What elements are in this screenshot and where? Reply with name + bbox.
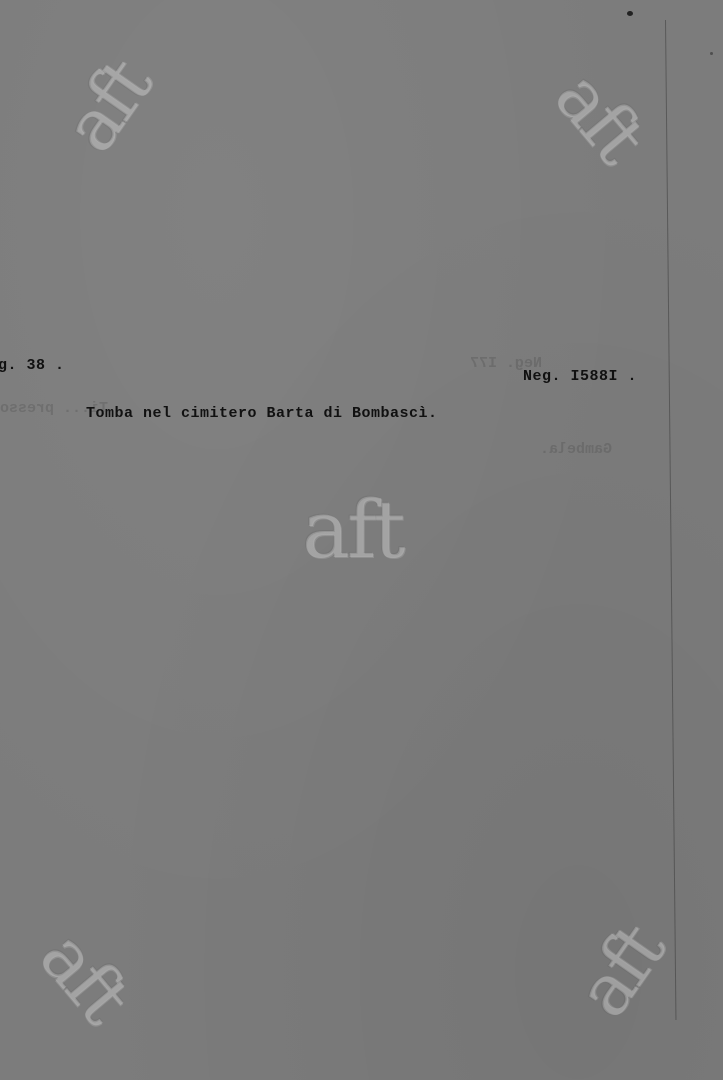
watermark-logo: aft bbox=[52, 49, 162, 164]
ink-speck bbox=[627, 11, 633, 16]
watermark-logo: aft bbox=[302, 490, 402, 570]
watermark-logo: aft bbox=[543, 59, 656, 174]
watermark-logo: aft bbox=[28, 919, 141, 1034]
watermark-logo: aft bbox=[565, 914, 675, 1029]
bleed-through-text: Gambela. bbox=[540, 441, 612, 458]
photo-caption: Tomba nel cimitero Barta di Bombascì. bbox=[86, 405, 438, 422]
margin-line bbox=[665, 20, 676, 1020]
figure-label: g. 38 . bbox=[0, 357, 65, 374]
scanned-document-page: Neg. I77 Ti... presso Gambela. g. 38 . N… bbox=[0, 0, 723, 1080]
negative-number: Neg. I588I . bbox=[523, 368, 637, 385]
ink-speck bbox=[710, 52, 713, 55]
